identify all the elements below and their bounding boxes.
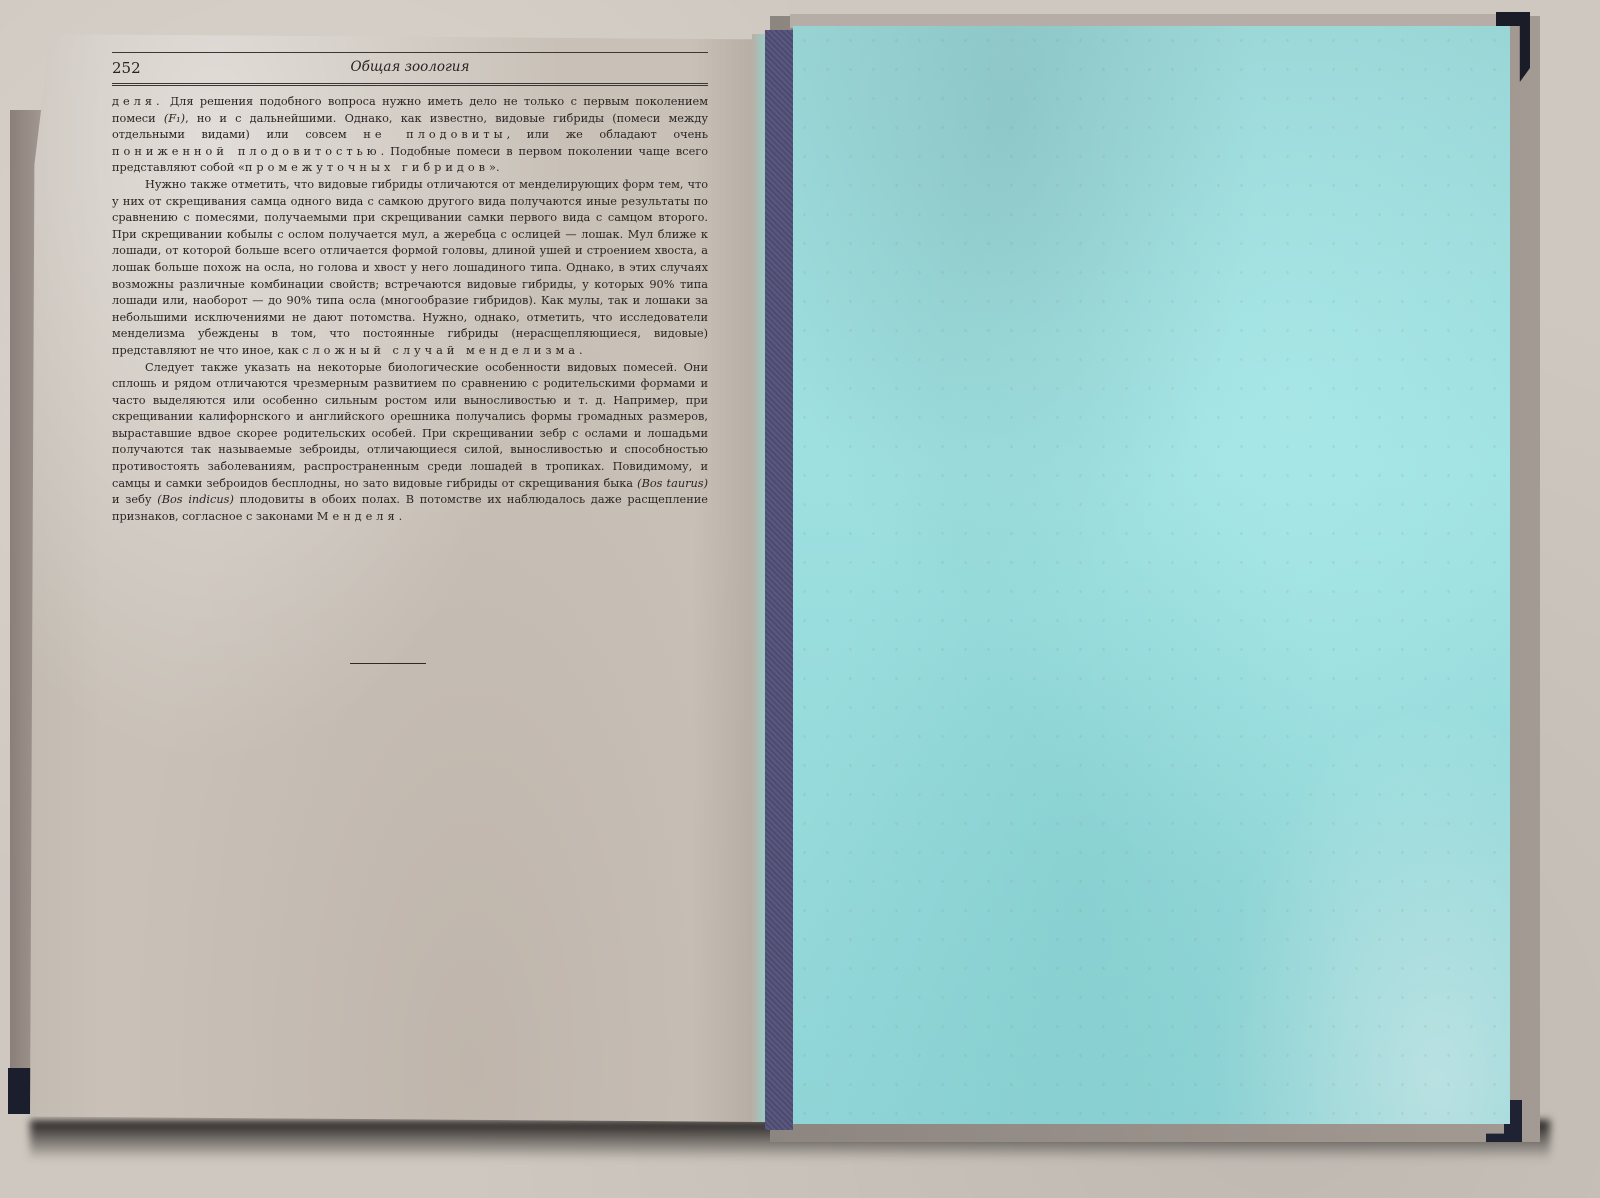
italic-text: (F₁) [164, 112, 185, 125]
italic-text: (Bos indicus) [157, 493, 234, 506]
paragraph: Следует также указать на некоторые биоло… [112, 360, 708, 526]
text-run: . [399, 510, 403, 523]
page-body-text: деля. Для решения подобного вопроса нужн… [112, 94, 708, 525]
paragraph: деля. Для решения подобного вопроса нужн… [112, 94, 708, 177]
spaced-emphasis: деля. [112, 95, 164, 108]
end-of-chapter-rule [350, 663, 426, 664]
text-run: ». [489, 161, 500, 174]
text-run: Следует также указать на некоторые биоло… [112, 361, 708, 490]
text-run: и зебу [112, 493, 157, 506]
spaced-emphasis: пониженной плодовитостью [112, 145, 381, 158]
text-run: Нужно также отметить, что видовые гибрид… [112, 178, 708, 357]
running-head: 252 Общая зоология [112, 52, 708, 86]
spaced-emphasis: сложный случай менделизма [302, 344, 579, 357]
text-run: , или же обладают очень [507, 128, 708, 141]
italic-text: (Bos taurus) [637, 477, 708, 490]
spaced-emphasis: не плодовиты [363, 128, 506, 141]
spine-cloth [765, 30, 793, 1130]
paragraph: Нужно также отметить, что видовые гибрид… [112, 177, 708, 360]
right-endpaper [793, 26, 1510, 1124]
text-run: . [579, 344, 583, 357]
running-title: Общая зоология [112, 59, 708, 75]
spaced-emphasis: Менделя [317, 510, 399, 523]
spaced-emphasis: промежуточных гибридов [245, 161, 489, 174]
